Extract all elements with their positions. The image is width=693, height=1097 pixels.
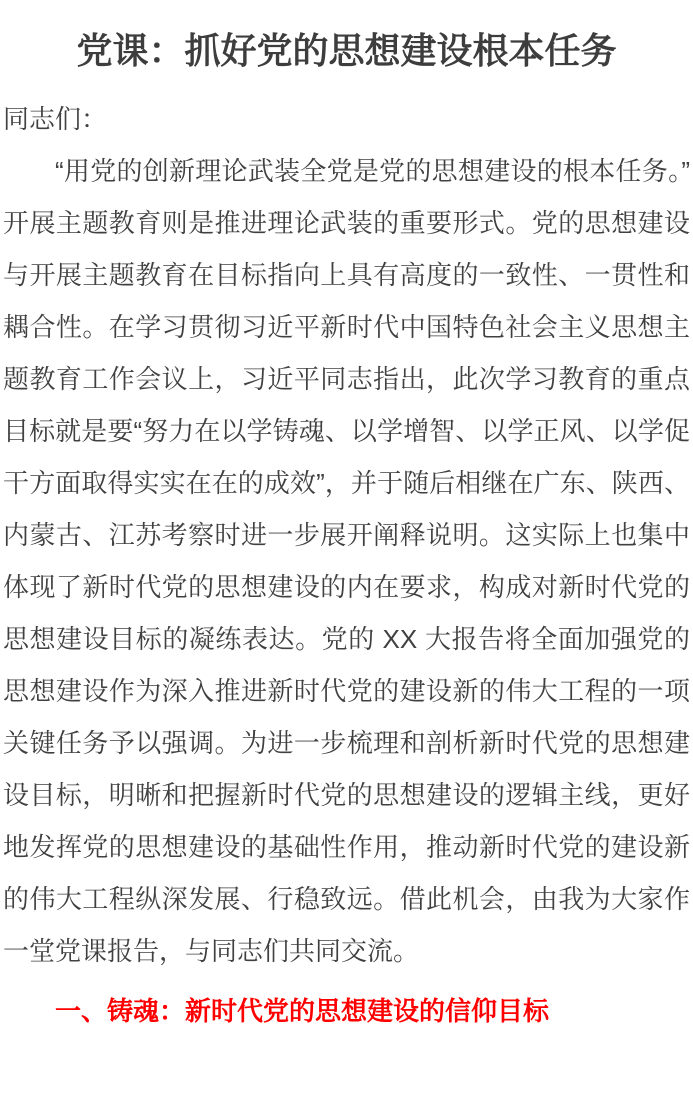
body-paragraph: “用党的创新理论武装全党是党的思想建设的根本任务。”开展主题教育则是推进理论武装… bbox=[3, 145, 690, 977]
document-page: 党课：抓好党的思想建设根本任务 同志们： “用党的创新理论武装全党是党的思想建设… bbox=[0, 27, 693, 1037]
page-title: 党课：抓好党的思想建设根本任务 bbox=[23, 27, 670, 75]
salutation: 同志们： bbox=[3, 93, 690, 145]
section-heading: 一、铸魂：新时代党的思想建设的信仰目标 bbox=[3, 985, 690, 1037]
